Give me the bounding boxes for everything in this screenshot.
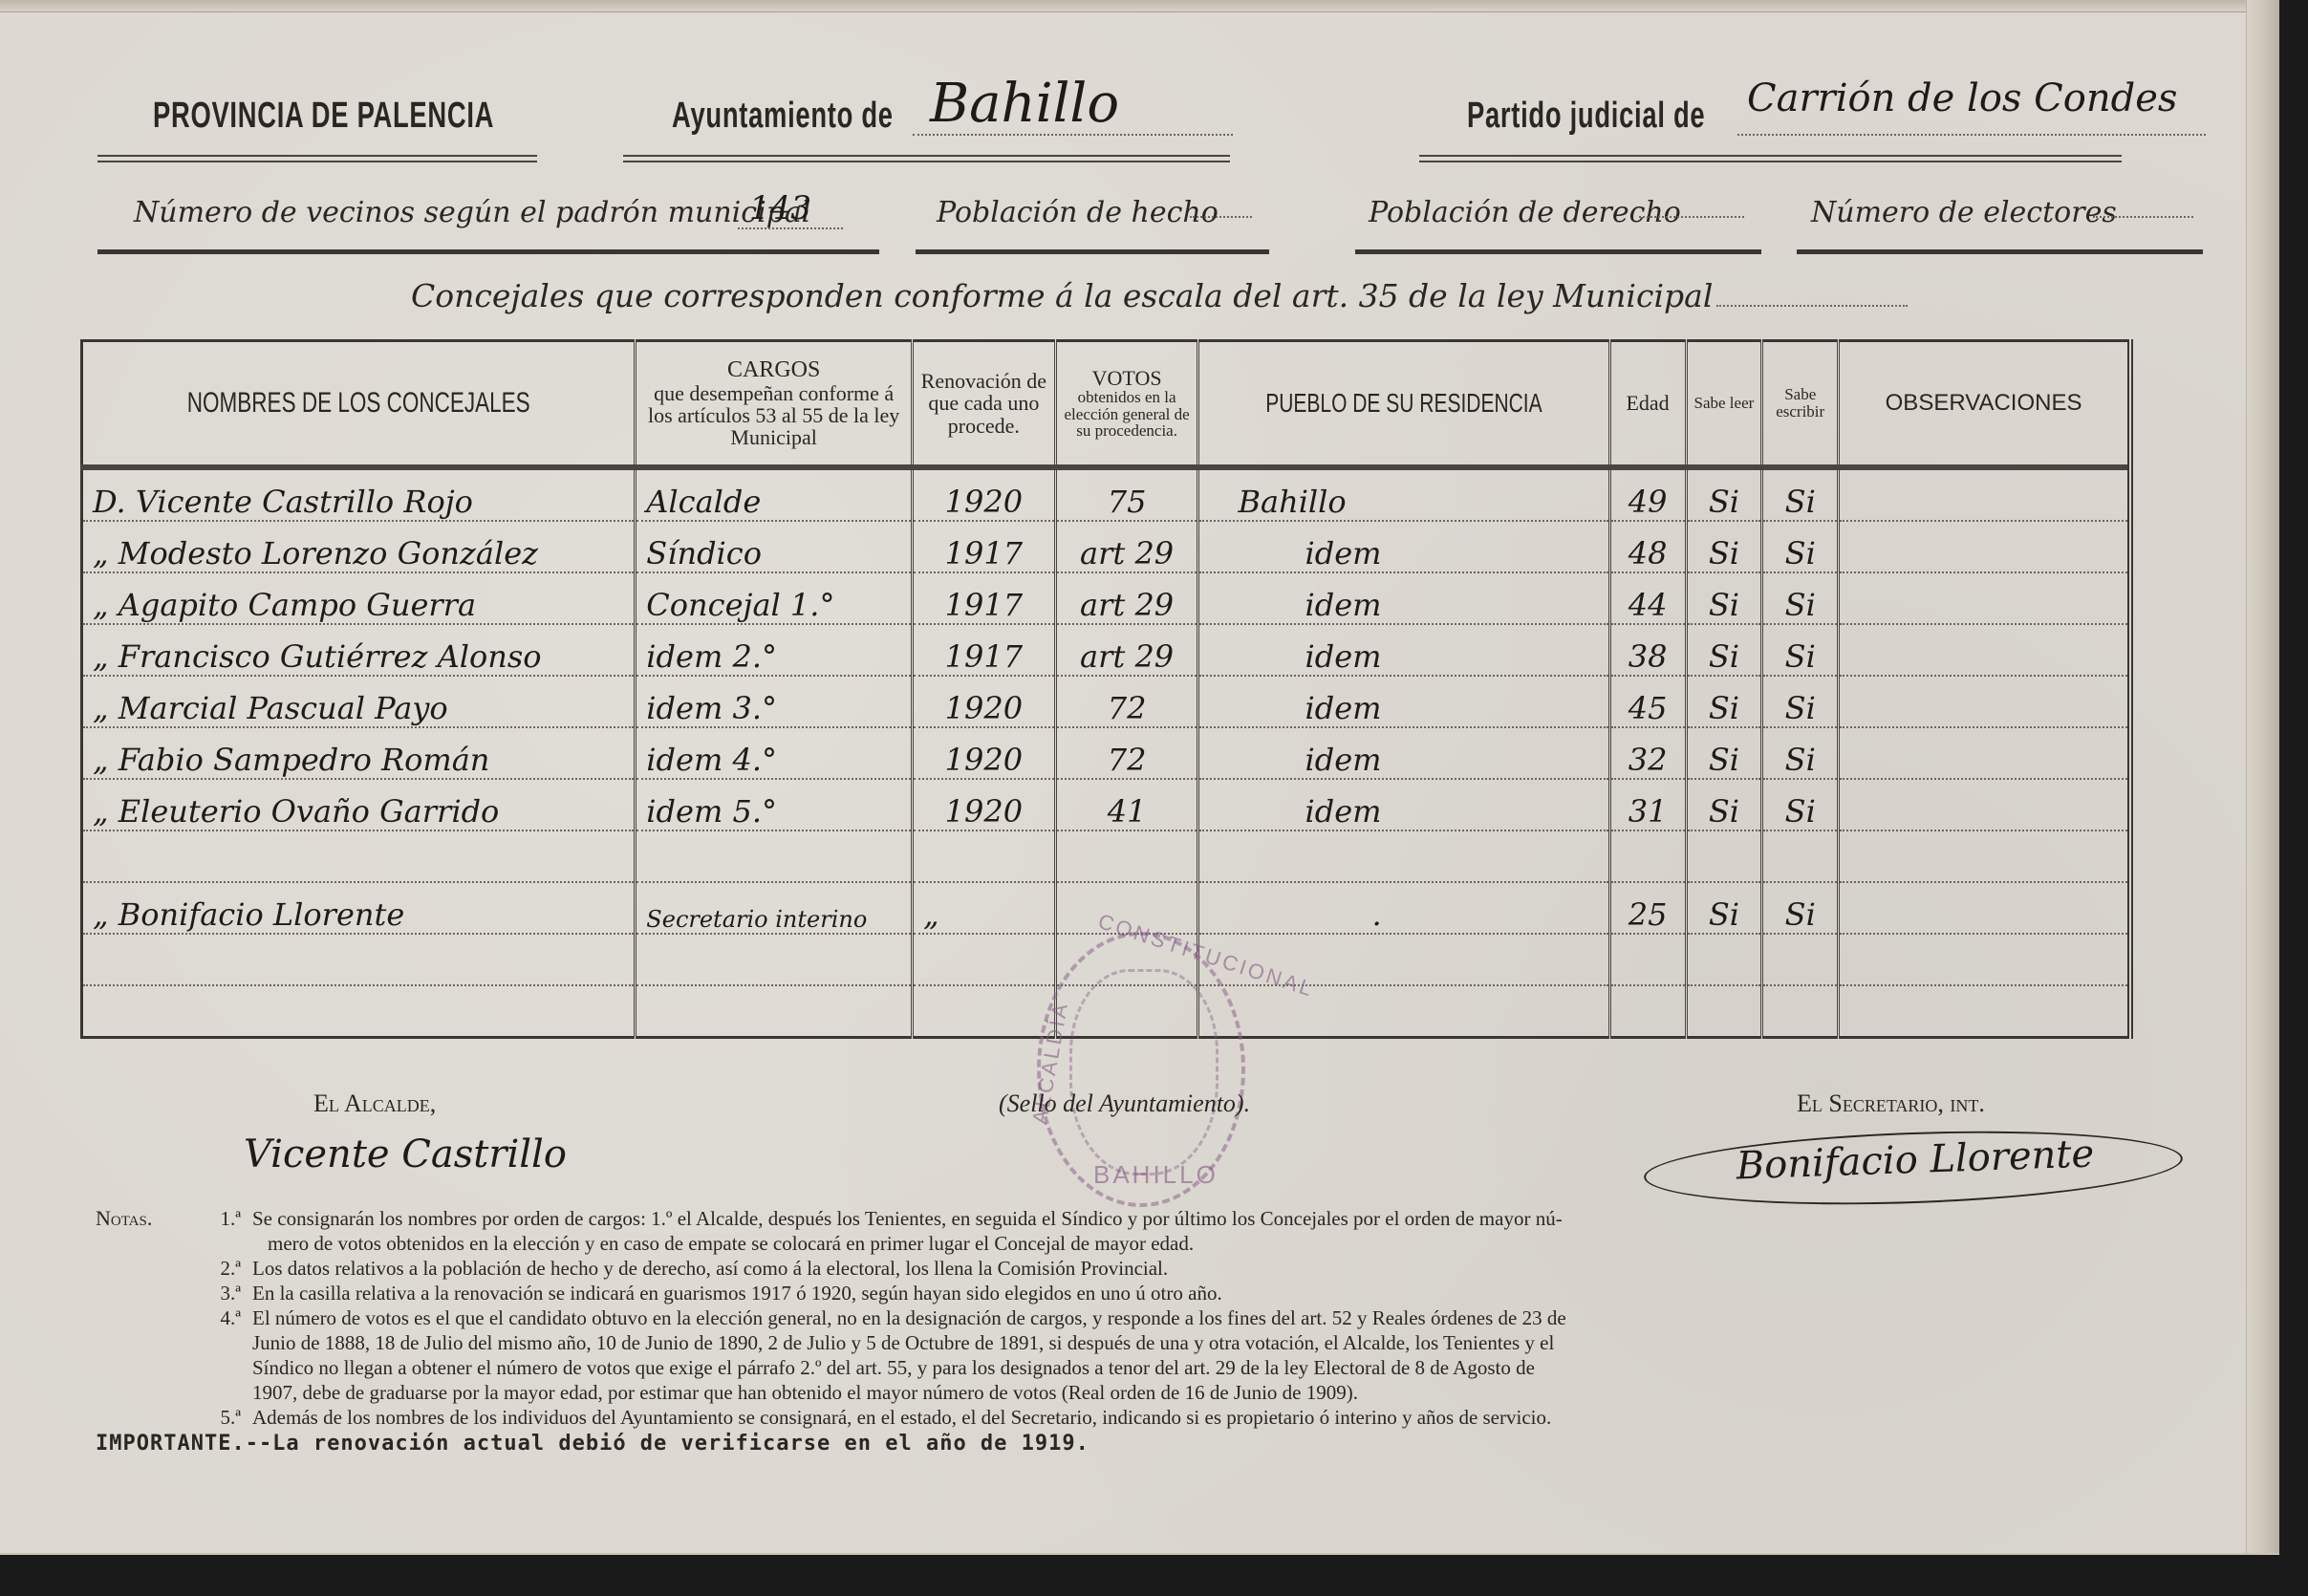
cell-obs [1839, 934, 2130, 985]
header-rule [97, 155, 537, 162]
cell-escribir: Si [1762, 727, 1839, 779]
note-4: 4.ªEl número de votos es el que el candi… [96, 1305, 2208, 1330]
col-renovacion-label: Renovación de que cada uno procede. [917, 370, 1050, 436]
cell-leer [1686, 985, 1762, 1038]
cell-cargo: Concejal 1.° [636, 572, 913, 624]
cell-nombre: „ Bonifacio Llorente [82, 882, 636, 934]
cell-obs [1839, 521, 2130, 572]
col-escribir: Sabe escribir [1762, 341, 1839, 468]
col-cargos-title: CARGOS [640, 358, 907, 382]
cell-cargo: idem 2.° [636, 624, 913, 676]
vecinos-value: 143 [749, 189, 811, 227]
cell-renovacion: 1917 [913, 572, 1056, 624]
cell-nombre [82, 985, 636, 1038]
cell-nombre [82, 830, 636, 882]
note-number: 4.ª [191, 1305, 241, 1330]
cell-cargo: Síndico [636, 521, 913, 572]
ayuntamiento-value: Bahillo [930, 73, 1119, 135]
col-nombres: NOMBRES DE LOS CONCEJALES [82, 341, 636, 468]
cell-renovacion [913, 830, 1056, 882]
concejales-line: Concejales que corresponden conforme á l… [411, 277, 1908, 314]
stamp-bottom-text: BAHILLO [1093, 1160, 1219, 1190]
cell-edad: 48 [1609, 521, 1686, 572]
notes-label: Notas. [96, 1206, 191, 1231]
cell-cargo: Secretario interino [636, 882, 913, 934]
cell-obs [1839, 882, 2130, 934]
cell-cargo [636, 830, 913, 882]
cell-edad [1609, 934, 1686, 985]
note-1-cont: mero de votos obtenidos en la elección y… [96, 1231, 2208, 1256]
derecho-field [1639, 216, 1744, 218]
table-row: „ Agapito Campo GuerraConcejal 1.°1917ar… [82, 572, 2131, 624]
cell-leer: Si [1686, 521, 1762, 572]
province-label: PROVINCIA DE PALENCIA [153, 96, 494, 137]
col-renovacion: Renovación de que cada uno procede. [913, 341, 1056, 468]
cell-renovacion: 1920 [913, 676, 1056, 727]
note-line: 1907, debe de graduarse por la mayor eda… [252, 1381, 1358, 1404]
table-row: „ Fabio Sampedro Románidem 4.°192072idem… [82, 727, 2131, 779]
partido-value: Carrión de los Condes [1747, 76, 2177, 120]
table-row: „ Marcial Pascual Payoidem 3.°192072idem… [82, 676, 2131, 727]
col-edad-label: Edad [1615, 392, 1681, 414]
note-number: 3.ª [191, 1281, 241, 1305]
col-edad: Edad [1609, 341, 1686, 468]
col-votos: VOTOSobtenidos en la elección general de… [1055, 341, 1198, 468]
cell-votos: 72 [1055, 727, 1198, 779]
col-cargos-sub: que desempeñan conforme á los artículos … [640, 382, 907, 448]
census-rule [1797, 249, 2203, 254]
note-line: mero de votos obtenidos en la elección y… [268, 1232, 1194, 1255]
cell-cargo [636, 985, 913, 1038]
cell-renovacion [913, 934, 1056, 985]
cell-nombre [82, 934, 636, 985]
note-line: En la casilla relativa a la renovación s… [252, 1282, 1222, 1305]
note-1: Notas.1.ªSe consignarán los nombres por … [96, 1206, 2208, 1231]
ayuntamiento-seal-stamp: CONSTITUCIONAL ALCALDÍA BAHILLO [1037, 932, 1245, 1207]
cell-cargo: idem 4.° [636, 727, 913, 779]
cell-obs [1839, 624, 2130, 676]
cell-escribir [1762, 830, 1839, 882]
note-3: 3.ªEn la casilla relativa a la renovació… [96, 1281, 2208, 1305]
cell-edad [1609, 985, 1686, 1038]
hecho-label: Población de hecho [937, 196, 1219, 229]
note-2: 2.ªLos datos relativos a la población de… [96, 1256, 2208, 1281]
cell-cargo: Alcalde [636, 467, 913, 521]
cell-escribir [1762, 985, 1839, 1038]
header-rule [1419, 155, 2122, 162]
note-number: 5.ª [191, 1405, 241, 1430]
cell-nombre: „ Agapito Campo Guerra [82, 572, 636, 624]
col-pueblo-label: PUEBLO DE SU RESIDENCIA [1265, 389, 1542, 417]
note-line: Además de los nombres de los individuos … [252, 1406, 1551, 1429]
cell-edad: 32 [1609, 727, 1686, 779]
secretario-signature: Bonifacio Llorente [1736, 1132, 2095, 1188]
cell-escribir: Si [1762, 676, 1839, 727]
cell-escribir: Si [1762, 521, 1839, 572]
alcalde-label: El Alcalde, [313, 1089, 436, 1118]
cell-leer: Si [1686, 882, 1762, 934]
cell-pueblo: idem [1198, 521, 1609, 572]
census-rule [1355, 249, 1761, 254]
cell-edad: 38 [1609, 624, 1686, 676]
cell-nombre: D. Vicente Castrillo Rojo [82, 467, 636, 521]
cell-cargo [636, 934, 913, 985]
note-4-cont: Junio de 1888, 18 de Julio del mismo año… [96, 1330, 2208, 1355]
cell-leer: Si [1686, 624, 1762, 676]
cell-obs [1839, 830, 2130, 882]
census-rule [97, 249, 879, 254]
cell-escribir: Si [1762, 467, 1839, 521]
cell-leer: Si [1686, 467, 1762, 521]
cell-votos: art 29 [1055, 521, 1198, 572]
coat-of-arms-icon [1069, 969, 1219, 1175]
partido-label: Partido judicial de [1467, 96, 1705, 137]
note-line: Junio de 1888, 18 de Julio del mismo año… [252, 1331, 1554, 1354]
cell-escribir: Si [1762, 624, 1839, 676]
cell-renovacion: 1917 [913, 624, 1056, 676]
secretario-signature-flourish: Bonifacio Llorente [1643, 1123, 2184, 1213]
cell-pueblo: idem [1198, 624, 1609, 676]
cell-edad: 45 [1609, 676, 1686, 727]
alcalde-signature: Vicente Castrillo [244, 1132, 567, 1176]
cell-escribir: Si [1762, 882, 1839, 934]
col-observaciones-label: OBSERVACIONES [1886, 390, 2082, 416]
table-row: D. Vicente Castrillo RojoAlcalde192075Ba… [82, 467, 2131, 521]
cell-votos: art 29 [1055, 624, 1198, 676]
cell-edad: 49 [1609, 467, 1686, 521]
cell-obs [1839, 676, 2130, 727]
col-votos-title: VOTOS [1061, 367, 1194, 389]
cell-leer: Si [1686, 779, 1762, 830]
cell-pueblo: idem [1198, 779, 1609, 830]
note-line: Los datos relativos a la población de he… [252, 1257, 1168, 1280]
cell-edad [1609, 830, 1686, 882]
census-rule [916, 249, 1269, 254]
sello-label: (Sello del Ayuntamiento). [999, 1089, 1250, 1118]
cell-renovacion [913, 985, 1056, 1038]
cell-votos: 75 [1055, 467, 1198, 521]
col-nombres-label: NOMBRES DE LOS CONCEJALES [187, 388, 530, 419]
cell-pueblo: Bahillo [1198, 467, 1609, 521]
hecho-field [1190, 216, 1252, 218]
cell-edad: 44 [1609, 572, 1686, 624]
cell-nombre: „ Marcial Pascual Payo [82, 676, 636, 727]
important-notice: IMPORTANTE.--La renovación actual debió … [96, 1432, 2208, 1456]
cell-leer [1686, 934, 1762, 985]
cell-escribir: Si [1762, 779, 1839, 830]
table-row: „ Eleuterio Ovaño Garridoidem 5.°192041i… [82, 779, 2131, 830]
cell-edad: 31 [1609, 779, 1686, 830]
table-header-row: NOMBRES DE LOS CONCEJALES CARGOSque dese… [82, 341, 2131, 468]
table-row: „ Francisco Gutiérrez Alonsoidem 2.°1917… [82, 624, 2131, 676]
cell-renovacion: 1920 [913, 467, 1056, 521]
note-number: 2.ª [191, 1256, 241, 1281]
note-5: 5.ªAdemás de los nombres de los individu… [96, 1405, 2208, 1430]
cell-pueblo: idem [1198, 727, 1609, 779]
cell-edad: 25 [1609, 882, 1686, 934]
cell-renovacion: 1920 [913, 727, 1056, 779]
electores-field [2093, 216, 2193, 218]
cell-votos: 41 [1055, 779, 1198, 830]
cell-pueblo: idem [1198, 676, 1609, 727]
page-right-edge [2246, 0, 2279, 1553]
cell-votos: art 29 [1055, 572, 1198, 624]
col-leer: Sabe leer [1686, 341, 1762, 468]
cell-renovacion: „ [913, 882, 1056, 934]
cell-nombre: „ Eleuterio Ovaño Garrido [82, 779, 636, 830]
note-number: 1.ª [191, 1206, 241, 1231]
cell-pueblo [1198, 985, 1609, 1038]
cell-obs [1839, 779, 2130, 830]
notes-section: Notas.1.ªSe consignarán los nombres por … [96, 1206, 2208, 1456]
cell-obs [1839, 727, 2130, 779]
cell-obs [1839, 467, 2130, 521]
derecho-label: Población de derecho [1369, 196, 1681, 229]
note-line: Se consignarán los nombres por orden de … [252, 1207, 1563, 1230]
note-4-cont: 1907, debe de graduarse por la mayor eda… [96, 1380, 2208, 1405]
cell-pueblo: idem [1198, 572, 1609, 624]
header-rule [623, 155, 1230, 162]
note-4-cont: Síndico no llegan a obtener el número de… [96, 1355, 2208, 1380]
document-page: PROVINCIA DE PALENCIA Ayuntamiento de Ba… [0, 0, 2279, 1555]
cell-votos: 72 [1055, 676, 1198, 727]
cell-obs [1839, 572, 2130, 624]
col-votos-sub: obtenidos en la elección general de su p… [1061, 389, 1194, 441]
cell-renovacion: 1920 [913, 779, 1056, 830]
note-line: El número de votos es el que el candidat… [252, 1306, 1566, 1329]
cell-escribir [1762, 934, 1839, 985]
cell-obs [1839, 985, 2130, 1038]
concejales-text: Concejales que corresponden conforme á l… [411, 277, 1713, 314]
cell-cargo: idem 5.° [636, 779, 913, 830]
col-pueblo: PUEBLO DE SU RESIDENCIA [1198, 341, 1609, 468]
vecinos-field: 143 [738, 199, 843, 229]
cell-nombre: „ Fabio Sampedro Román [82, 727, 636, 779]
partido-field: Carrión de los Condes [1737, 94, 2206, 136]
cell-leer: Si [1686, 572, 1762, 624]
vecinos-label: Número de vecinos según el padrón munici… [134, 196, 810, 229]
ayuntamiento-field: Bahillo [913, 94, 1233, 136]
cell-cargo: idem 3.° [636, 676, 913, 727]
cell-renovacion: 1917 [913, 521, 1056, 572]
col-observaciones: OBSERVACIONES [1839, 341, 2130, 468]
cell-pueblo: . [1198, 882, 1609, 934]
col-leer-label: Sabe leer [1692, 395, 1758, 412]
cell-nombre: „ Francisco Gutiérrez Alonso [82, 624, 636, 676]
table-row: „ Modesto Lorenzo GonzálezSíndico1917art… [82, 521, 2131, 572]
cell-leer [1686, 830, 1762, 882]
cell-leer: Si [1686, 676, 1762, 727]
cell-leer: Si [1686, 727, 1762, 779]
page-top-edge [0, 0, 2279, 12]
note-line: Síndico no llegan a obtener el número de… [252, 1356, 1535, 1379]
table-row [82, 830, 2131, 882]
electores-label: Número de electores [1811, 196, 2117, 229]
ayuntamiento-label: Ayuntamiento de [672, 96, 894, 137]
col-cargos: CARGOSque desempeñan conforme á los artí… [636, 341, 913, 468]
col-escribir-label: Sabe escribir [1767, 386, 1833, 421]
cell-votos [1055, 830, 1198, 882]
cell-nombre: „ Modesto Lorenzo González [82, 521, 636, 572]
cell-pueblo [1198, 830, 1609, 882]
cell-escribir: Si [1762, 572, 1839, 624]
secretario-label: El Secretario, int. [1797, 1089, 1985, 1118]
